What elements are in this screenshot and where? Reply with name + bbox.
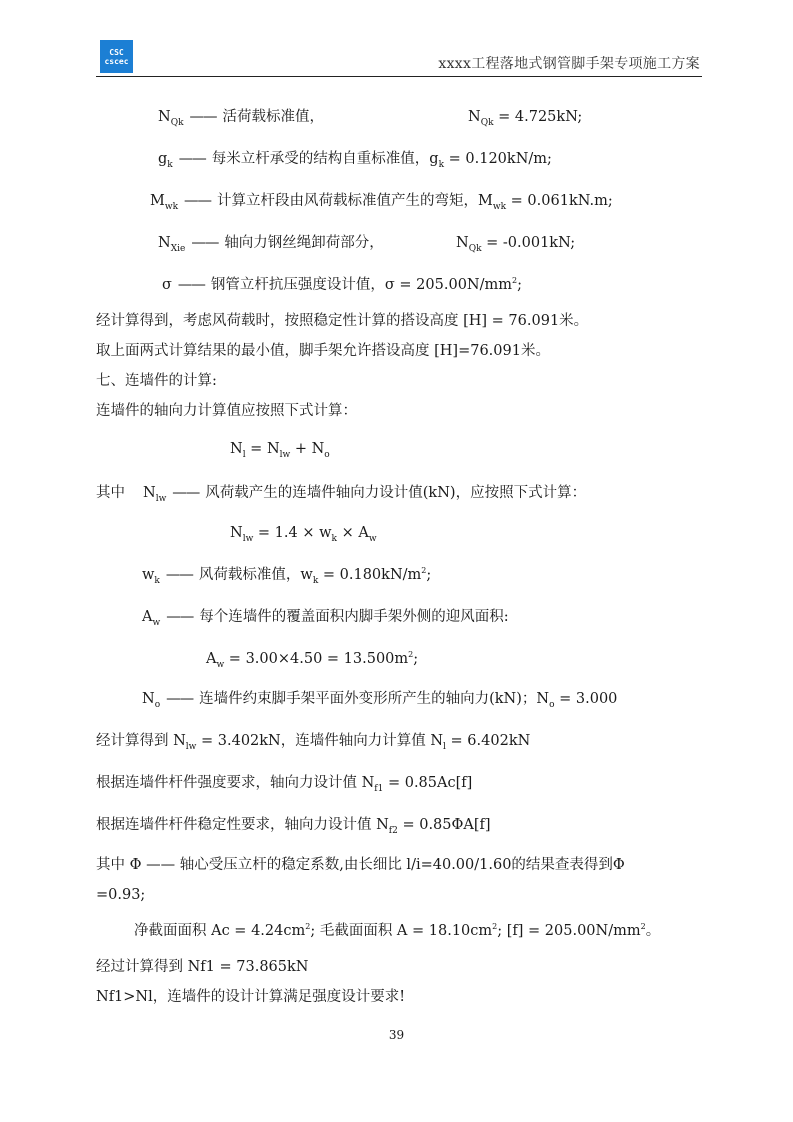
definition-nqk: NQk——活荷载标准值， NQk = 4.725kN; [158, 108, 324, 126]
strength-requirement: 根据连墙件杆件强度要求，轴向力设计值 Nf1 = 0.85Ac[f] [96, 774, 472, 792]
formula-nlw: Nlw = 1.4 × wk × Aw [230, 524, 377, 542]
paragraph-min-height: 取上面两式计算结果的最小值，脚手架允许搭设高度 [H]=76.091米。 [96, 342, 550, 360]
definition-mwk: Mwk——计算立杆段由风荷载标准值产生的弯矩，Mwk = 0.061kN.m; [150, 192, 613, 210]
paragraph-axial-intro: 连墙件的轴向力计算值应按照下式计算： [96, 402, 357, 420]
phi-definition-line1: 其中 Φ —— 轴心受压立杆的稳定系数,由长细比 l/i=40.00/1.60的… [96, 856, 625, 874]
formula-nl: Nl = Nlw + No [230, 440, 330, 458]
definition-gk: gk——每米立杆承受的结构自重标准值，gk = 0.120kN/m; [158, 150, 552, 168]
formula-aw: Aw = 3.00×4.50 = 13.500m2; [206, 650, 418, 668]
stability-requirement: 根据连墙件杆件稳定性要求，轴向力设计值 Nf2 = 0.85ΦA[f] [96, 816, 491, 834]
page-header: CSC cscec xxxx工程落地式钢管脚手架专项施工方案 [96, 38, 702, 77]
logo-line2: cscec [100, 57, 133, 66]
definition-wk: wk——风荷载标准值，wk = 0.180kN/m2; [142, 566, 431, 584]
definition-no: No——连墙件约束脚手架平面外变形所产生的轴向力(kN)；No = 3.000 [142, 690, 617, 708]
definition-nlw: 其中Nlw——风荷载产生的连墙件轴向力设计值(kN)，应按照下式计算： [96, 484, 586, 502]
page-number: 39 [0, 1028, 793, 1042]
definition-sigma: σ——钢管立杆抗压强度设计值，σ = 205.00N/mm2; [162, 276, 522, 294]
phi-definition-line2: =0.93; [96, 886, 145, 904]
paragraph-height-wind: 经计算得到，考虑风荷载时，按照稳定性计算的搭设高度 [H] = 76.091米。 [96, 312, 588, 330]
company-logo-icon: CSC cscec [100, 40, 133, 73]
definition-aw: Aw——每个连墙件的覆盖面积内脚手架外侧的迎风面积: [142, 608, 509, 626]
document-title: xxxx工程落地式钢管脚手架专项施工方案 [438, 53, 700, 73]
conclusion: Nf1>Nl，连墙件的设计计算满足强度设计要求! [96, 988, 405, 1006]
logo-line1: CSC [100, 48, 133, 57]
result-nlw-nl: 经计算得到 Nlw = 3.402kN，连墙件轴向力计算值 Nl = 6.402… [96, 732, 530, 750]
definition-nxie: NXie——轴向力钢丝绳卸荷部分， NQk = -0.001kN; [158, 234, 384, 252]
result-nf1: 经过计算得到 Nf1 = 73.865kN [96, 958, 308, 976]
section-heading: 七、连墙件的计算: [96, 372, 217, 390]
section-areas: 净截面面积 Ac = 4.24cm2; 毛截面面积 A = 18.10cm2; … [134, 922, 660, 940]
